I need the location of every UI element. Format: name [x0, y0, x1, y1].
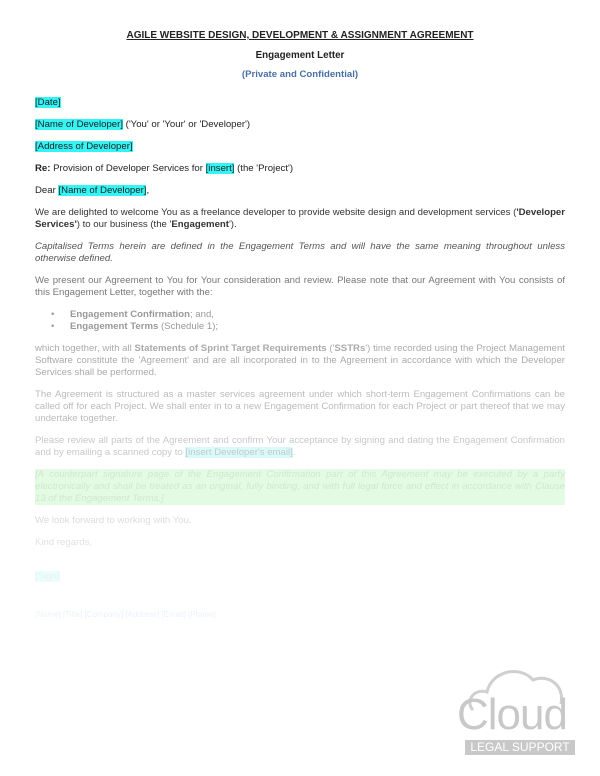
address-placeholder[interactable]: [Address of Developer]	[35, 141, 133, 152]
logo-word: Cloud	[457, 690, 567, 740]
logo-tagline: LEGAL SUPPORT	[465, 740, 575, 755]
date-placeholder[interactable]: [Date]	[35, 97, 61, 108]
project-placeholder[interactable]: [insert]	[206, 163, 235, 174]
document-title: AGILE WEBSITE DESIGN, DEVELOPMENT & ASSI…	[35, 30, 565, 41]
footer-details: [Name] [Title] [Company] [Address] [Emai…	[35, 609, 565, 621]
list-item: Engagement Confirmation; and,	[70, 309, 565, 321]
paragraph-agreement: We present our Agreement to You for Your…	[35, 275, 565, 299]
developer-name-line: [Name of Developer] ('You' or 'Your' or …	[35, 119, 565, 131]
date-line: [Date]	[35, 97, 565, 109]
paragraph-welcome: We are delighted to welcome You as a fre…	[35, 207, 565, 231]
paragraph-structure: The Agreement is structured as a master …	[35, 389, 565, 425]
closing-line: We look forward to working with You.	[35, 515, 565, 527]
paragraph-review: Please review all parts of the Agreement…	[35, 435, 565, 459]
re-line: Re: Provision of Developer Services for …	[35, 163, 565, 175]
list-item: Engagement Terms (Schedule 1);	[70, 321, 565, 333]
sign-placeholder[interactable]: [Sign]	[35, 571, 60, 582]
sign-line: [Sign]	[35, 571, 565, 583]
confidentiality-note: (Private and Confidential)	[35, 69, 565, 80]
cloud-legal-support-logo: Cloud LEGAL SUPPORT	[455, 660, 580, 760]
developer-name-placeholder[interactable]: [Name of Developer]	[35, 119, 123, 130]
address-line: [Address of Developer]	[35, 141, 565, 153]
salutation-name-placeholder[interactable]: [Name of Developer]	[58, 185, 146, 196]
email-placeholder[interactable]: [insert Developer's email]	[185, 447, 292, 458]
agreement-parts-list: Engagement Confirmation; and, Engagement…	[35, 309, 565, 333]
document-subtitle: Engagement Letter	[35, 50, 565, 61]
paragraph-sstrs: which together, with all Statements of S…	[35, 343, 565, 379]
paragraph-definitions: Capitalised Terms herein are defined in …	[35, 241, 565, 265]
salutation: Dear [Name of Developer],	[35, 185, 565, 197]
paragraph-counterpart: [A counterpart signature page of the Eng…	[35, 469, 565, 505]
kind-regards: Kind regards,	[35, 537, 565, 549]
document-page: AGILE WEBSITE DESIGN, DEVELOPMENT & ASSI…	[35, 30, 565, 80]
